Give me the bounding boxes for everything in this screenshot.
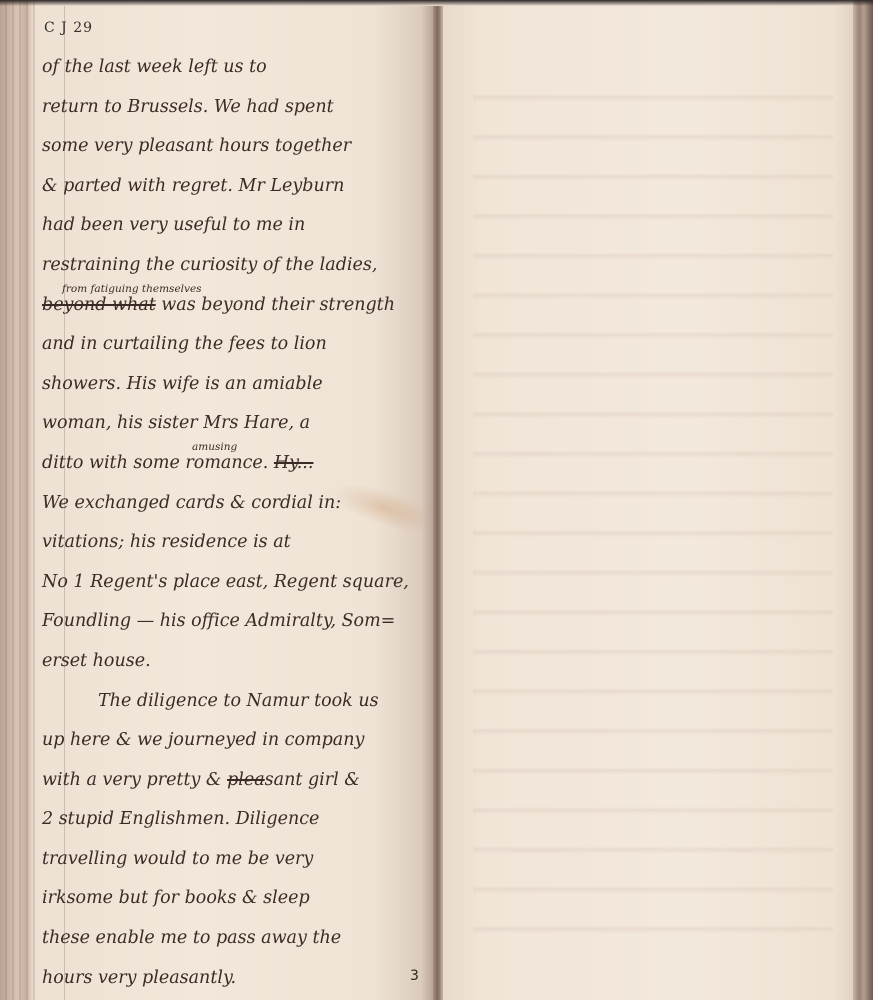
text-line: erset house.	[42, 642, 432, 682]
struck-text: plea	[227, 770, 265, 790]
text-line: and in curtailing the fees to lion	[42, 325, 432, 365]
text-line: 2 stupid Englishmen. Diligence	[42, 800, 432, 840]
line-text: these enable me to pass away the	[42, 928, 341, 948]
ink-show-through	[473, 64, 833, 964]
line-text: with a very pretty &	[42, 770, 227, 790]
text-line: woman, his sister Mrs Hare, a	[42, 404, 432, 444]
text-line: restraining the curiosity of the ladies,	[42, 246, 432, 286]
book-gutter	[433, 6, 443, 1000]
right-page-blank	[443, 6, 853, 1000]
text-line: some very pleasant hours together	[42, 127, 432, 167]
line-text: sant girl &	[265, 770, 360, 790]
line-text: travelling would to me be very	[42, 849, 313, 869]
struck-text: beyond what	[42, 295, 156, 315]
text-line-paragraph-start: The diligence to Namur took us	[42, 682, 432, 722]
line-text: No 1 Regent's place east, Regent square,	[42, 572, 409, 592]
text-line: No 1 Regent's place east, Regent square,	[42, 563, 432, 603]
text-line: irksome but for books & sleep	[42, 879, 432, 919]
line-text: was beyond their strength	[156, 295, 395, 315]
line-text: 2 stupid Englishmen. Diligence	[42, 809, 319, 829]
struck-text: Hy...	[274, 453, 314, 473]
line-text: and in curtailing the fees to lion	[42, 334, 327, 354]
text-line-with-correction: from fatiguing themselves beyond what wa…	[42, 286, 432, 326]
handwritten-text: of the last week left us to return to Br…	[42, 48, 432, 998]
text-line: vitations; his residence is at	[42, 523, 432, 563]
text-line: these enable me to pass away the	[42, 919, 432, 959]
line-text: We exchanged cards & cordial in:	[42, 493, 341, 513]
line-text: showers. His wife is an amiable	[42, 374, 323, 394]
line-text: & parted with regret. Mr Leyburn	[42, 176, 344, 196]
line-text: some very pleasant hours together	[42, 136, 351, 156]
text-line-with-correction: with a very pretty & pleasant girl &	[42, 761, 432, 801]
text-line: We exchanged cards & cordial in:	[42, 484, 432, 524]
line-text: up here & we journeyed in company	[42, 730, 364, 750]
text-line: & parted with regret. Mr Leyburn	[42, 167, 432, 207]
page-edges-left	[0, 0, 38, 1000]
page-number: 3	[410, 968, 419, 984]
line-text: erset house.	[42, 651, 151, 671]
line-text: The diligence to Namur took us	[98, 691, 379, 711]
book-spread: C J 29 of the last week left us to retur…	[0, 0, 873, 1000]
line-text: had been very useful to me in	[42, 215, 305, 235]
text-line: hours very pleasantly.	[42, 959, 432, 999]
line-text: Foundling — his office Admiralty, Som=	[42, 611, 395, 631]
line-text: hours very pleasantly.	[42, 968, 236, 988]
line-text: woman, his sister Mrs Hare, a	[42, 413, 310, 433]
text-line: travelling would to me be very	[42, 840, 432, 880]
interlinear-insertion: amusing	[192, 442, 237, 452]
line-text: irksome but for books & sleep	[42, 888, 310, 908]
interlinear-insertion: from fatiguing themselves	[62, 284, 202, 294]
text-line: had been very useful to me in	[42, 206, 432, 246]
line-text: restraining the curiosity of the ladies,	[42, 255, 377, 275]
top-shadow	[0, 0, 873, 6]
line-text: of the last week left us to	[42, 57, 267, 77]
text-line: up here & we journeyed in company	[42, 721, 432, 761]
line-text: ditto with some romance.	[42, 453, 274, 473]
page-edges-right	[853, 0, 873, 1000]
text-line: return to Brussels. We had spent	[42, 88, 432, 128]
page-header-mark: C J 29	[44, 20, 93, 36]
text-line-with-correction: amusing ditto with some romance. Hy...	[42, 444, 432, 484]
text-line: showers. His wife is an amiable	[42, 365, 432, 405]
text-line: of the last week left us to	[42, 48, 432, 88]
text-line: Foundling — his office Admiralty, Som=	[42, 602, 432, 642]
line-text: vitations; his residence is at	[42, 532, 291, 552]
line-text: return to Brussels. We had spent	[42, 97, 334, 117]
